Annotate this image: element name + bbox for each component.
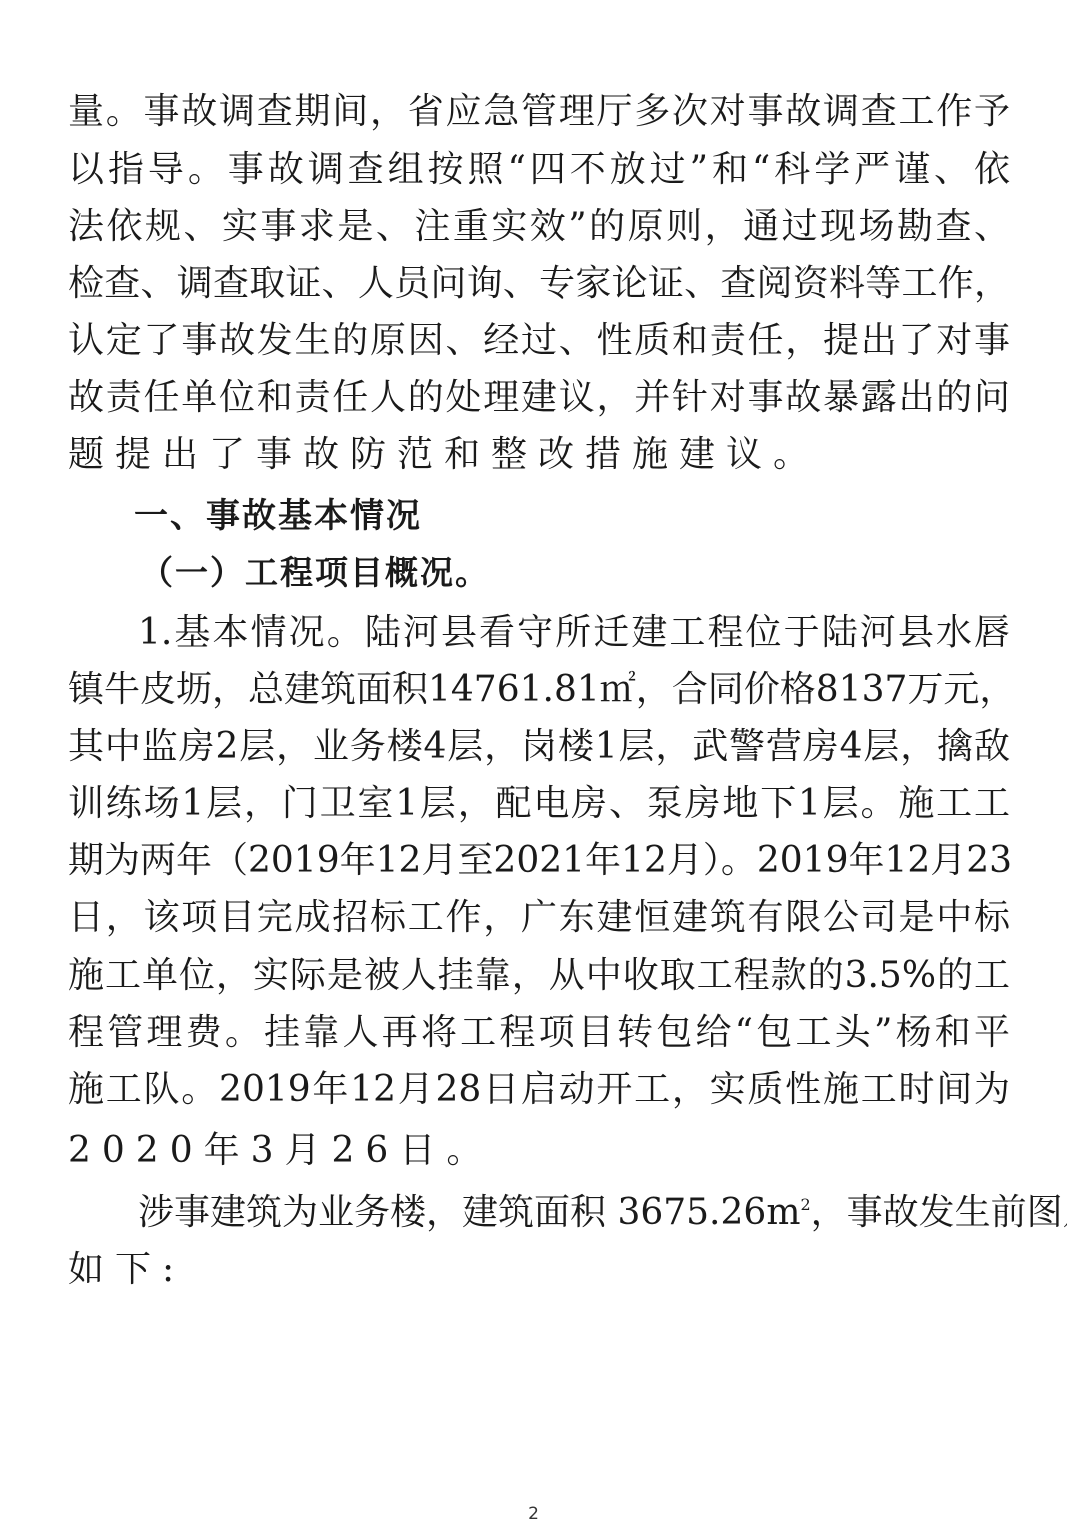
paragraph-1-line-5: 认定了事故发生的原因、经过、性质和责任，提出了对事: [68, 319, 1010, 363]
paragraph-3-text-a: 涉事建筑为业务楼，建筑面积 3675.26m: [138, 1192, 800, 1233]
paragraph-2-line-8: 程管理费。挂靠人再将工程项目转包给“包工头”杨和平: [68, 1011, 1010, 1055]
paragraph-1-line-4: 检查、调查取证、人员问询、专家论证、查阅资料等工作，: [68, 262, 1010, 306]
section-heading: 一、事故基本情况: [134, 494, 422, 538]
paragraph-1-line-1: 量。事故调查期间，省应急管理厅多次对事故调查工作予: [68, 90, 1010, 134]
subsection-heading: （一）工程项目概况。: [140, 551, 490, 595]
page-number: 2: [0, 1504, 1067, 1524]
paragraph-1-line-3: 法依规、实事求是、注重实效”的原则，通过现场勘查、: [68, 205, 1010, 249]
paragraph-1-line-2: 以指导。事故调查组按照“四不放过”和“科学严谨、依: [68, 148, 1010, 192]
paragraph-3-line-2: 如下:: [68, 1248, 1010, 1292]
paragraph-1-line-7: 题提出了事故防范和整改措施建议。: [68, 433, 1010, 477]
paragraph-2-line-9: 施工队。2019年12月28日启动开工，实质性施工时间为: [68, 1068, 1010, 1112]
paragraph-2-line-6: 日，该项目完成招标工作，广东建恒建筑有限公司是中标: [68, 896, 1010, 940]
paragraph-2-line-4: 训练场1层，门卫室1层，配电房、泵房地下1层。施工工: [68, 782, 1010, 826]
paragraph-2-line-1: 1.基本情况。陆河县看守所迁建工程位于陆河县水唇: [138, 611, 1010, 655]
paragraph-2-line-2: 镇牛皮坜，总建筑面积14761.81㎡，合同价格8137万元，: [68, 668, 1010, 712]
paragraph-2-line-10: 2020年3月26日。: [68, 1129, 1010, 1173]
document-page: 量。事故调查期间，省应急管理厅多次对事故调查工作予 以指导。事故调查组按照“四不…: [0, 0, 1067, 1539]
paragraph-2-line-7: 施工单位，实际是被人挂靠，从中收取工程款的3.5%的工: [68, 954, 1010, 998]
paragraph-2-line-5: 期为两年（2019年12月至2021年12月）。2019年12月23: [68, 839, 1010, 883]
paragraph-1-line-6: 故责任单位和责任人的处理建议，并针对事故暴露出的问: [68, 376, 1010, 420]
superscript-2: 2: [800, 1195, 810, 1214]
paragraph-3-text-b: ，事故发生前图片: [811, 1192, 1067, 1233]
paragraph-3-line-1: 涉事建筑为业务楼，建筑面积 3675.26m2，事故发生前图片: [138, 1191, 1010, 1235]
paragraph-2-line-3: 其中监房2层，业务楼4层，岗楼1层，武警营房4层，擒敌: [68, 725, 1010, 769]
